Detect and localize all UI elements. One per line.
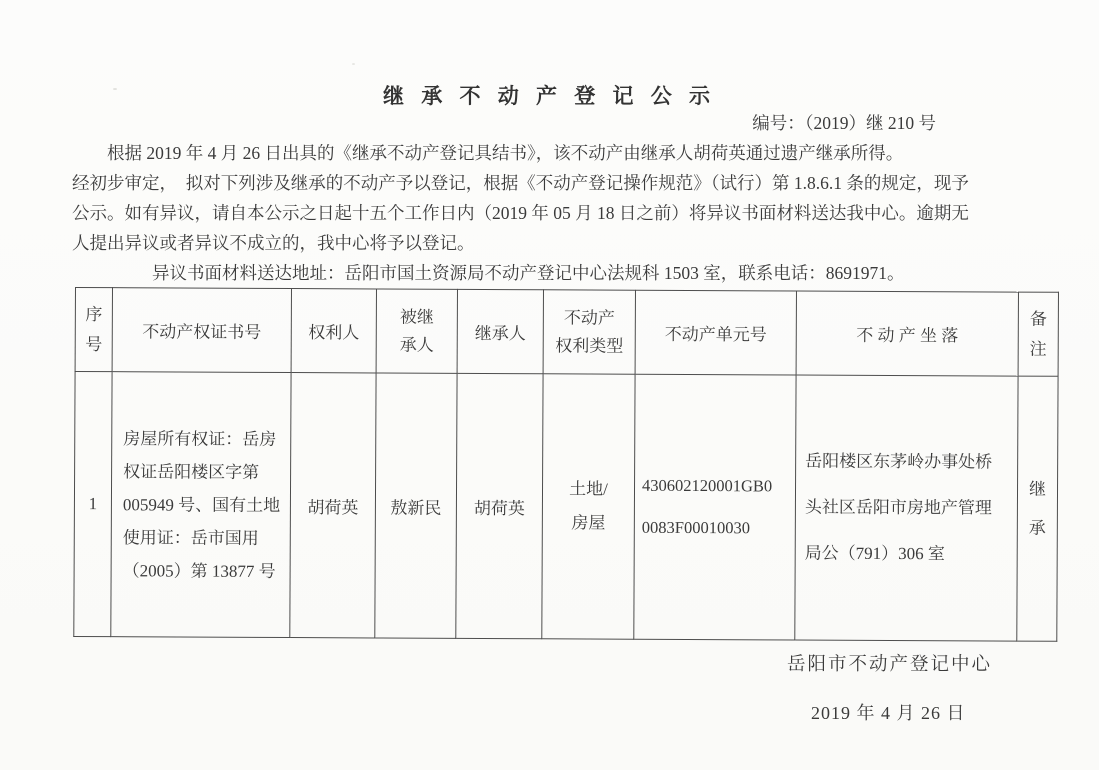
notice-body: 根据 2019 年 4 月 26 日出具的《继承不动产登记具结书》，该不动产由继… [72,138,1047,288]
body-line-1: 根据 2019 年 4 月 26 日出具的《继承不动产登记具结书》，该不动产由继… [72,138,1047,168]
col-header-right-holder: 权利人 [291,289,376,373]
cell-unit-no: 430602120001GB0 0083F00010030 [634,374,796,640]
issue-date: 2019 年 4 月 26 日 [811,699,966,725]
scan-speck [113,88,117,90]
cell-location: 岳阳楼区东茅岭办事处桥 头社区岳阳市房地产管理 局公（791）306 室 [795,375,1018,641]
document-title: 继 承 不 动 产 登 记 公 示 [0,80,1099,110]
registration-table-wrap: 序 号 不动产权证书号 权利人 被继 承人 继承人 不动产 权利类型 不动产单元… [73,287,1059,642]
registration-table: 序 号 不动产权证书号 权利人 被继 承人 继承人 不动产 权利类型 不动产单元… [73,287,1059,642]
body-line-3: 公示。如有异议，请自本公示之日起十五个工作日内（2019 年 05 月 18 日… [72,198,1047,228]
col-header-location: 不 动 产 坐 落 [796,291,1018,376]
body-line-2: 经初步审定， 拟对下列涉及继承的不动产予以登记，根据《不动产登记操作规范》（试行… [72,168,1047,198]
cell-right-holder: 胡荷英 [290,373,376,638]
cell-heir: 胡荷英 [456,373,543,638]
body-line-address: 异议书面材料送达地址：岳阳市国土资源局不动产登记中心法规科 1503 室，联系电… [72,258,1047,288]
body-line-4: 人提出异议或者异议不成立的，我中心将予以登记。 [72,228,1047,258]
cell-decedent: 敖新民 [375,373,457,638]
col-header-remark: 备 注 [1018,292,1058,376]
table-row: 1 房屋所有权证：岳房 权证岳阳楼区字第 005949 号、国有土地 使用证：岳… [74,372,1058,642]
col-header-heir: 继承人 [457,289,543,373]
scan-speck [352,63,355,65]
col-header-cert-no: 不动产权证书号 [112,288,291,373]
col-header-unit-no: 不动产单元号 [635,290,796,375]
cell-remark: 继 承 [1017,376,1058,641]
col-header-right-type: 不动产 权利类型 [543,290,635,374]
col-header-seq: 序 号 [75,288,112,372]
cell-cert-no: 房屋所有权证：岳房 权证岳阳楼区字第 005949 号、国有土地 使用证：岳市国… [111,372,291,638]
cell-seq: 1 [74,372,112,637]
issuing-organization: 岳阳市不动产登记中心 [787,650,992,676]
document-number: 编号：（2019）继 210 号 [752,110,936,135]
cell-right-type: 土地/ 房屋 [542,374,635,639]
scanned-document: 继 承 不 动 产 登 记 公 示 编号：（2019）继 210 号 根据 20… [0,0,1099,770]
table-header-row: 序 号 不动产权证书号 权利人 被继 承人 继承人 不动产 权利类型 不动产单元… [75,288,1058,377]
col-header-decedent: 被继 承人 [376,289,457,373]
